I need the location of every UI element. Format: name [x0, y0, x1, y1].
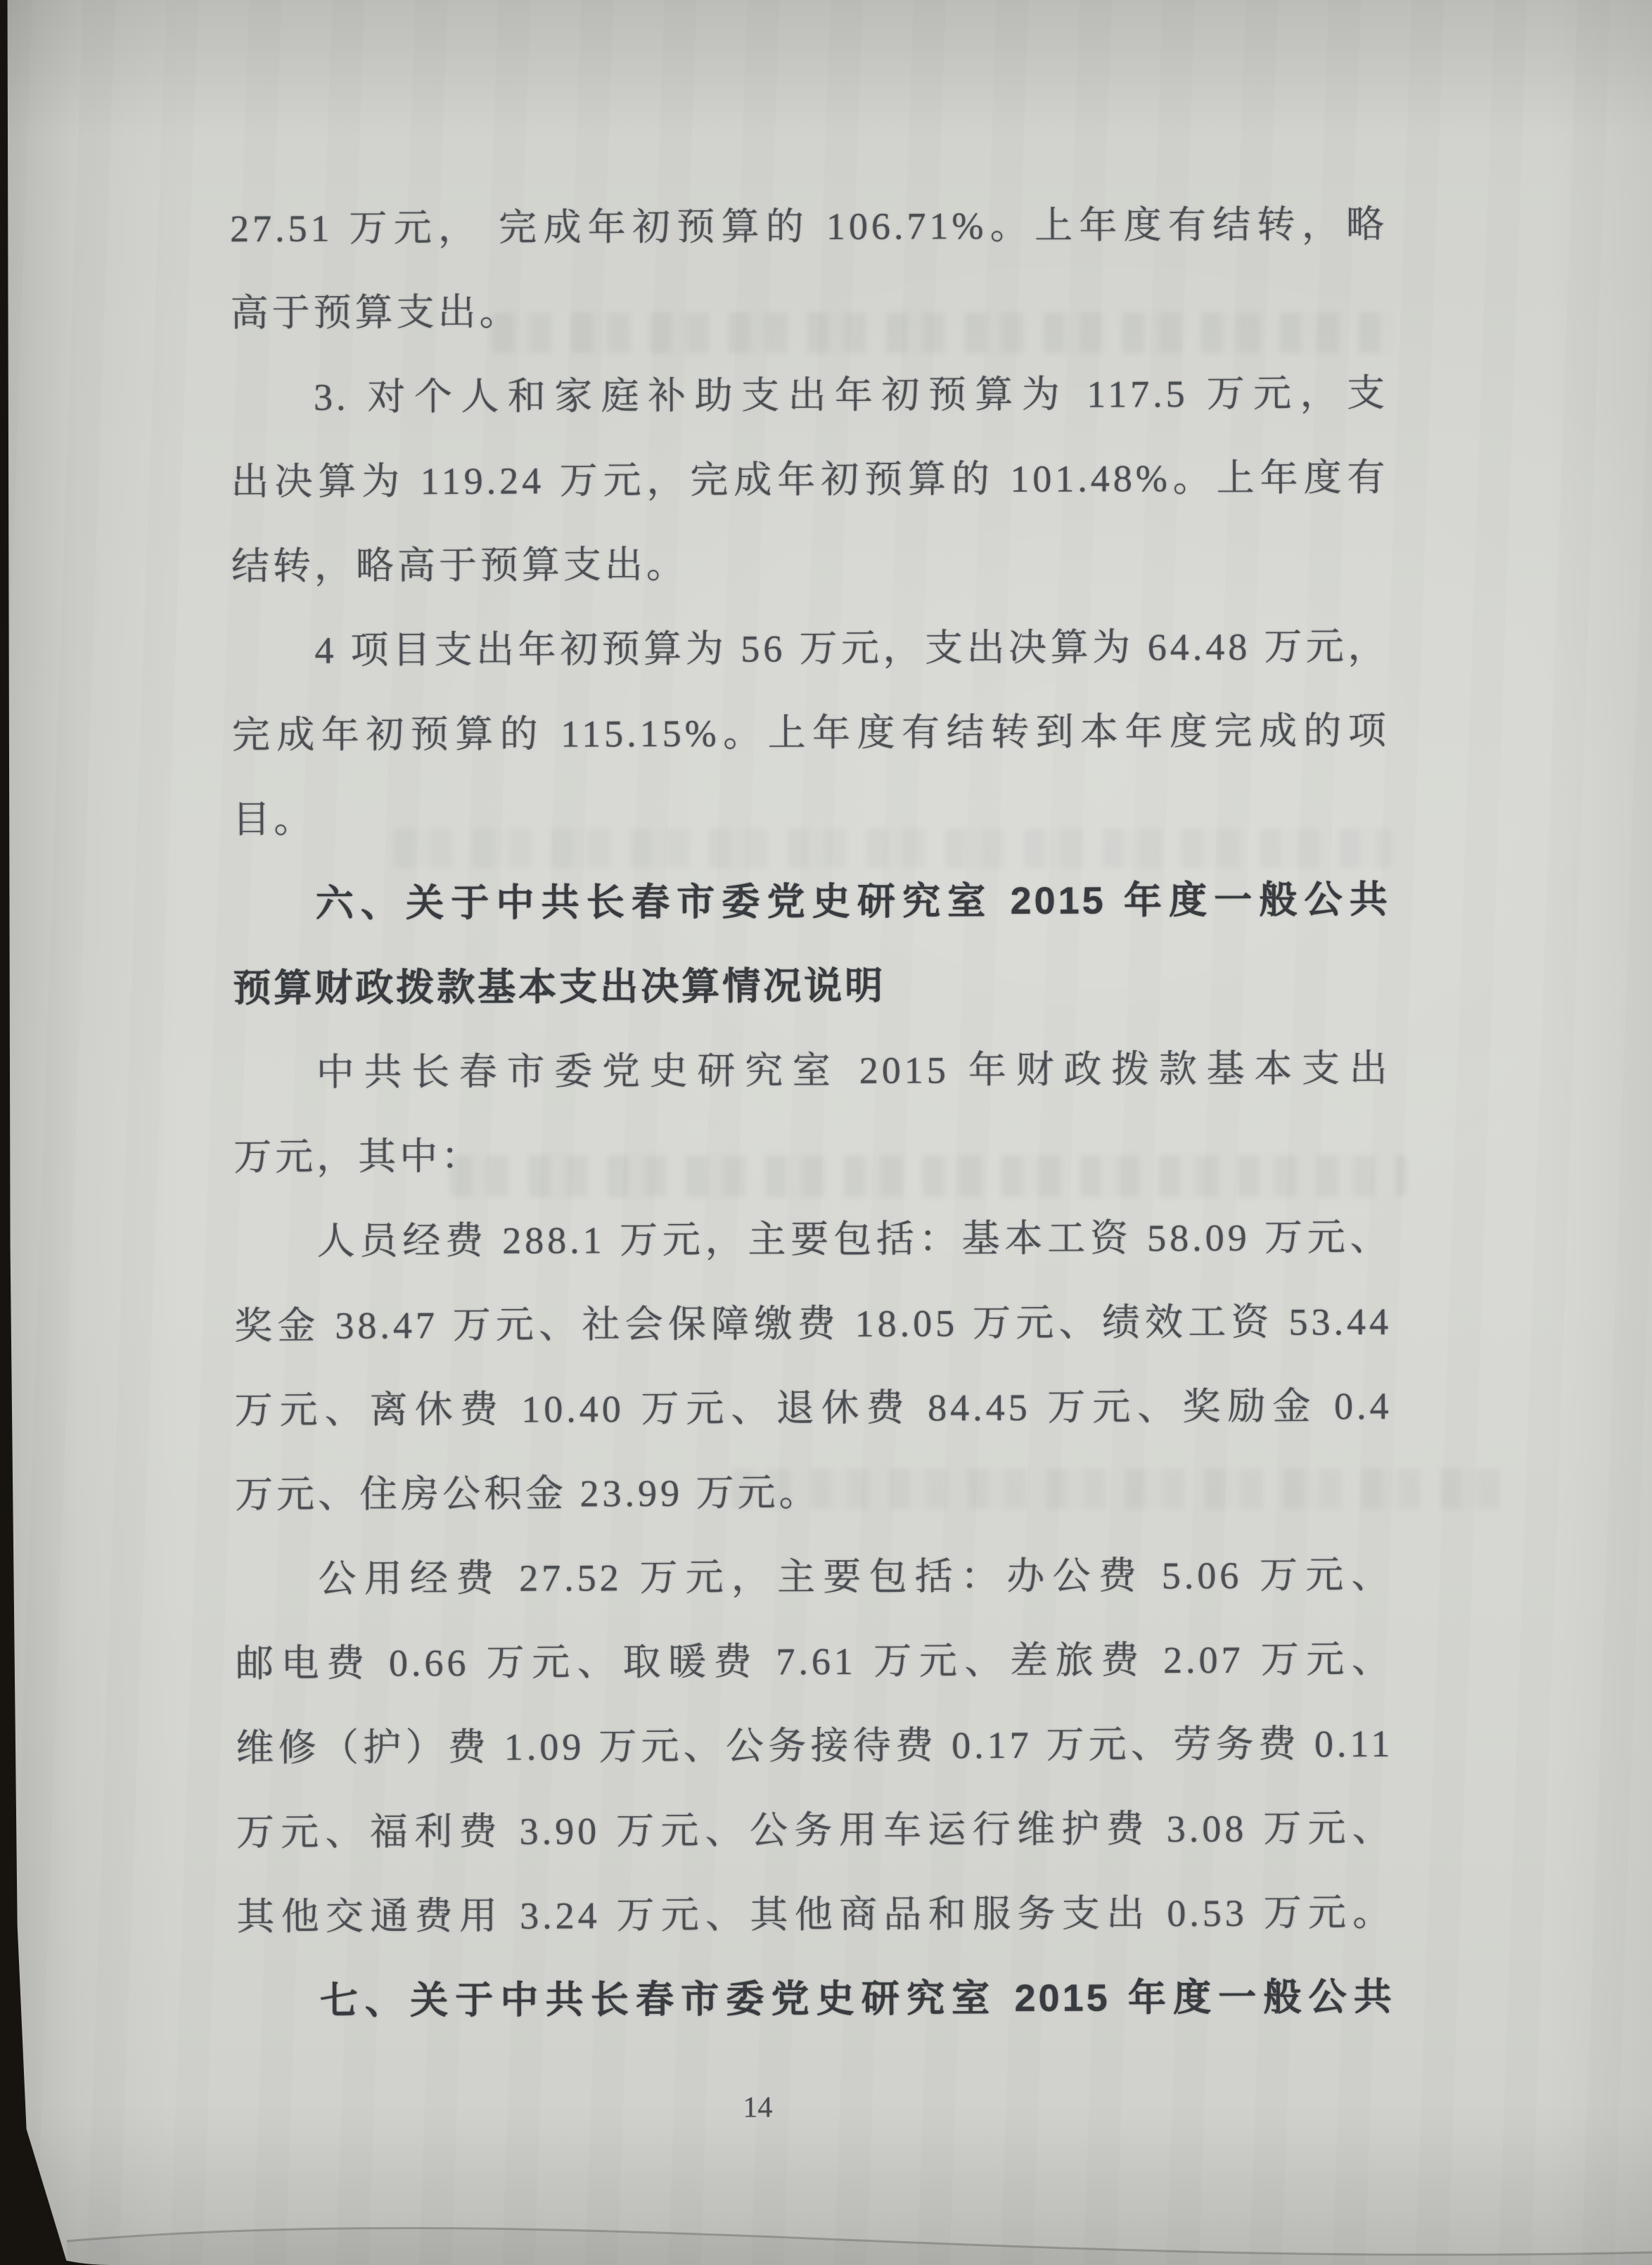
document-photo: 27.51 万元， 完成年初预算的 106.71%。上年度有结转，略 高于预算支…: [0, 0, 1652, 2265]
photo-vignette: [0, 0, 1652, 2265]
